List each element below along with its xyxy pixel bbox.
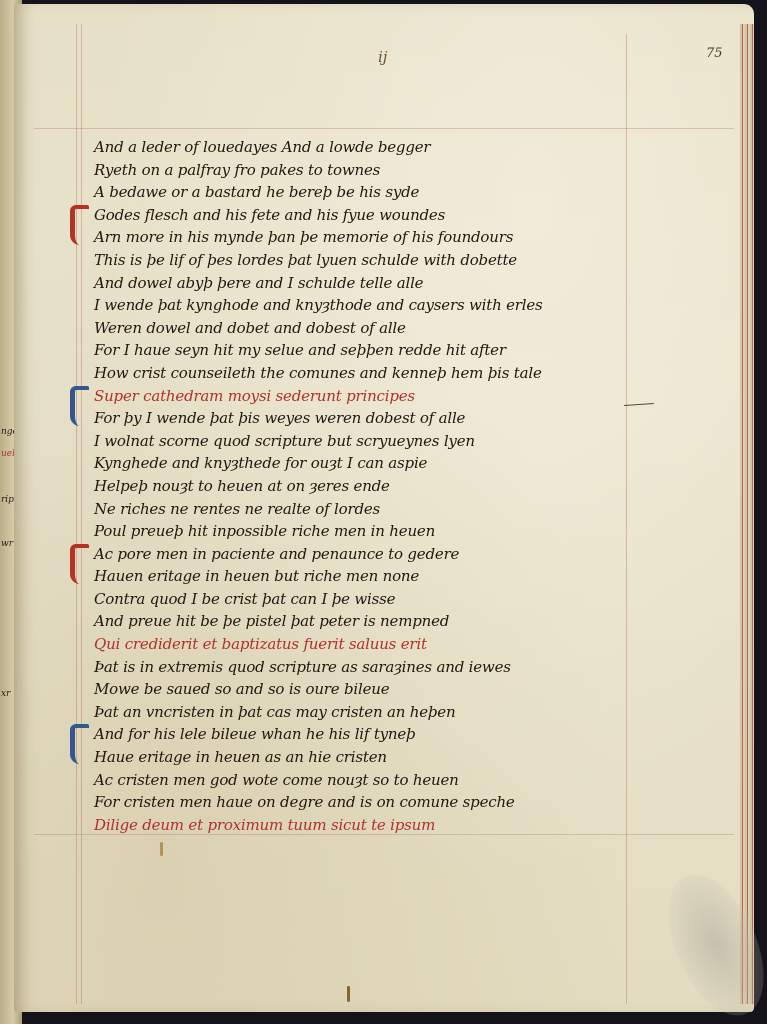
- red-paraph-initial: [70, 205, 89, 245]
- text-line-with-initial: Ac pore men in paciente and penaunce to …: [94, 543, 674, 566]
- text-line: And dowel abyþ þere and I schulde telle …: [94, 272, 674, 295]
- line-text: Godes flesch and his fete and his fyue w…: [94, 206, 445, 224]
- blue-paraph-initial: [70, 386, 89, 426]
- manuscript-page: ij 75 And a leder of louedayes And a low…: [14, 4, 754, 1012]
- text-line: Helpeþ nouȝt to heuen at on ȝeres ende: [94, 475, 674, 498]
- manuscript-text-block: And a leder of louedayes And a lowde beg…: [94, 136, 674, 836]
- text-line: Ac cristen men god wote come nouȝt so to…: [94, 769, 674, 792]
- red-paraph-initial: [70, 544, 89, 584]
- text-line: Hauen eritage in heuen but riche men non…: [94, 565, 674, 588]
- text-line: I wende þat kynghode and knyȝthode and c…: [94, 294, 674, 317]
- text-line: How crist counseileth the comunes and ke…: [94, 362, 674, 385]
- text-line: For cristen men haue on degre and is on …: [94, 791, 674, 814]
- rubric-line: Dilige deum et proximum tuum sicut te ip…: [94, 814, 674, 837]
- rubric-line: Qui crediderit et baptizatus fuerit salu…: [94, 633, 674, 656]
- ruling-line: [34, 128, 734, 129]
- text-line: For I haue seyn hit my selue and seþþen …: [94, 339, 674, 362]
- text-line: This is þe lif of þes lordes þat lyuen s…: [94, 249, 674, 272]
- text-line: Weren dowel and dobet and dobest of alle: [94, 317, 674, 340]
- text-line: Mowe be saued so and so is oure bileue: [94, 678, 674, 701]
- folio-number: 75: [706, 46, 723, 61]
- ruling-line: [76, 24, 77, 1004]
- fragment: wr: [1, 540, 13, 549]
- text-line: Arn more in his mynde þan þe memorie of …: [94, 226, 674, 249]
- rubric-text: Super cathedram moysi sederunt principes: [94, 387, 415, 405]
- text-line: A bedawe or a bastard he bereþ be his sy…: [94, 181, 674, 204]
- text-line: And preue hit be þe pistel þat peter is …: [94, 610, 674, 633]
- text-line: Poul preueþ hit inpossible riche men in …: [94, 520, 674, 543]
- line-text: Ac pore men in paciente and penaunce to …: [94, 545, 459, 563]
- text-line: And a leder of louedayes And a lowde beg…: [94, 136, 674, 159]
- text-line: Þat is in extremis quod scripture as sar…: [94, 656, 674, 679]
- quire-signature: ij: [378, 48, 387, 66]
- text-line: Contra quod I be crist þat can I þe wiss…: [94, 588, 674, 611]
- ink-spot: [347, 986, 350, 1002]
- text-line: Þat an vncristen in þat cas may cristen …: [94, 701, 674, 724]
- text-line: Haue eritage in heuen as an hie cristen: [94, 746, 674, 769]
- ink-spot: [160, 842, 163, 856]
- text-line: I wolnat scorne quod scripture but scryu…: [94, 430, 674, 453]
- fragment: xr: [1, 690, 10, 699]
- text-line: For þy I wende þat þis weyes weren dobes…: [94, 407, 674, 430]
- line-text: And for his lele bileue whan he his lif …: [94, 725, 415, 743]
- rubric-line-with-initial: Super cathedram moysi sederunt principes: [94, 385, 674, 408]
- ruling-line: [81, 24, 82, 1004]
- blue-paraph-initial: [70, 724, 89, 764]
- text-line: Ryeth on a palfray fro pakes to townes: [94, 159, 674, 182]
- text-line: Kynghede and knyȝthede for ouȝt I can as…: [94, 452, 674, 475]
- text-line: Ne riches ne rentes ne realte of lordes: [94, 498, 674, 521]
- page-edges: [740, 24, 754, 1004]
- text-line-with-initial: Godes flesch and his fete and his fyue w…: [94, 204, 674, 227]
- text-line-with-initial: And for his lele bileue whan he his lif …: [94, 723, 674, 746]
